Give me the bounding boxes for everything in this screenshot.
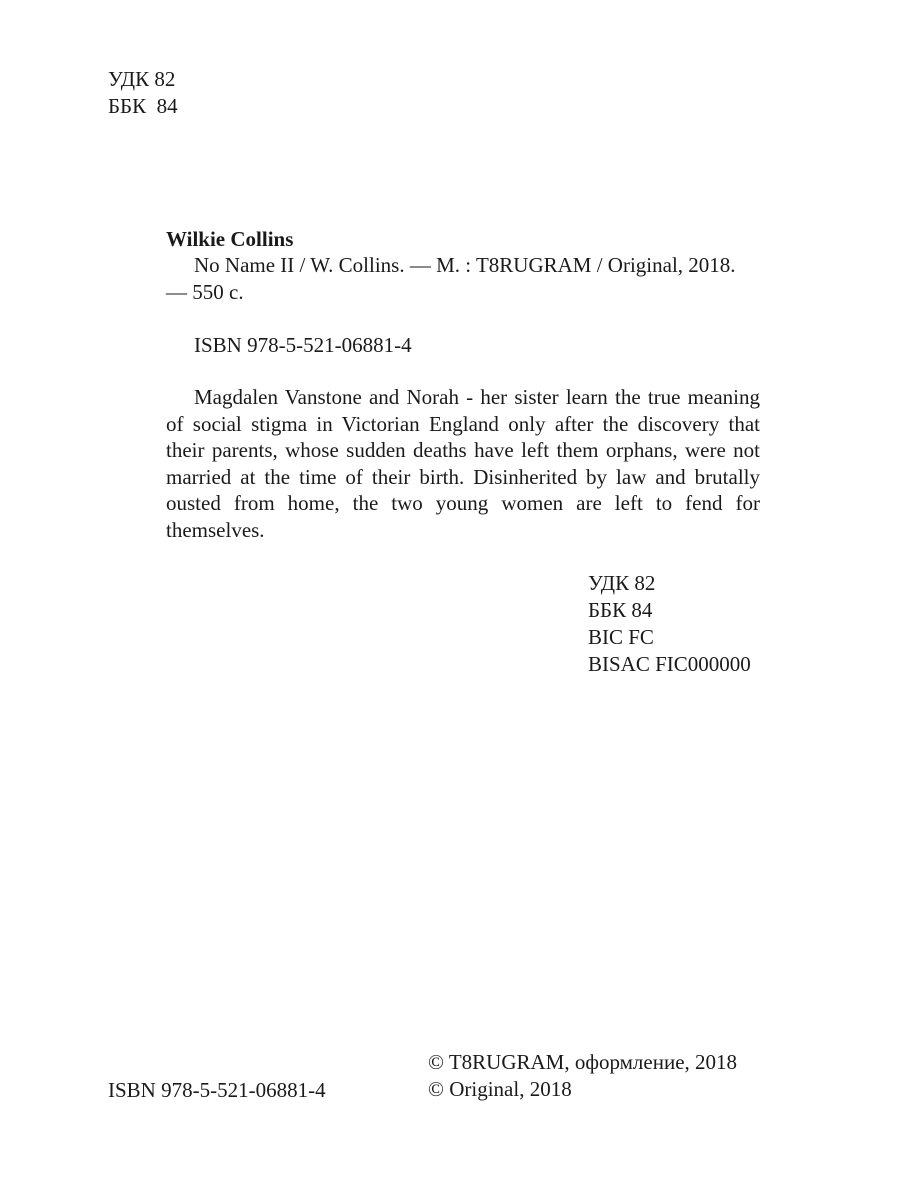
copyright-design: © T8RUGRAM, оформление, 2018: [428, 1049, 737, 1076]
catalog-entry: Wilkie Collins No Name II / W. Collins. …: [166, 226, 760, 306]
bic-code: BIC FC: [588, 624, 751, 651]
top-classification-codes: УДК 82 ББК 84: [108, 66, 178, 120]
isbn-main: ISBN 978-5-521-06881-4: [194, 332, 412, 358]
udk-code: УДК 82: [588, 570, 751, 597]
copyright-original: © Original, 2018: [428, 1076, 737, 1103]
classification-codes: УДК 82 ББК 84 BIC FC BISAC FIC000000: [588, 570, 751, 678]
author-name: Wilkie Collins: [166, 226, 760, 252]
isbn-footer: ISBN 978-5-521-06881-4: [108, 1077, 326, 1103]
annotation-text: Magdalen Vanstone and Norah - her sister…: [166, 384, 760, 544]
bibliographic-description: No Name II / W. Collins. — M. : T8RUGRAM…: [166, 252, 760, 306]
bbk-code: ББК 84: [588, 597, 751, 624]
bisac-code: BISAC FIC000000: [588, 651, 751, 678]
udk-code: УДК 82: [108, 66, 178, 93]
copyright-notices: © T8RUGRAM, оформление, 2018 © Original,…: [428, 1049, 737, 1103]
bbk-code: ББК 84: [108, 93, 178, 120]
